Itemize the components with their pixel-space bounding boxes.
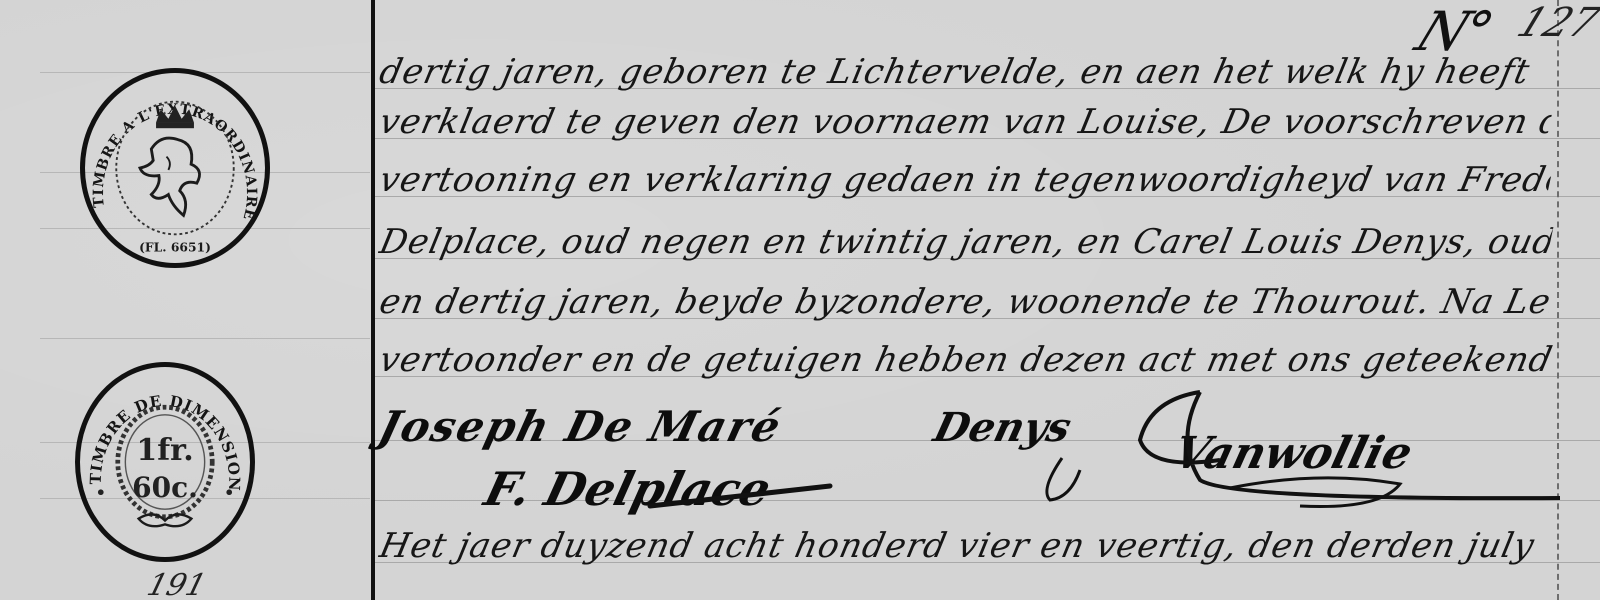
left-margin: TIMBRE A L'EXTRAORDINAIRE (FL. 6651) TIM… — [0, 0, 372, 600]
body-line: vertoonder en de getuigen hebben dezen a… — [376, 340, 1555, 380]
stamp-timbre-de-dimension: TIMBRE DE DIMENSION 1fr. 60c. — [75, 362, 255, 562]
signature-witness-denys: Denys — [929, 404, 1076, 451]
stamp-timbre-extraordinaire: TIMBRE A L'EXTRAORDINAIRE (FL. 6651) — [80, 68, 270, 268]
body-line: Delplace, oud negen en twintig jaren, en… — [376, 222, 1555, 262]
right-margin-rule — [1557, 0, 1559, 600]
body-line: vertooning en verklaring gedaen in tegen… — [376, 160, 1555, 200]
stamp-value-centimes: 60c. — [80, 471, 250, 504]
margin-rule — [371, 0, 375, 600]
signature-witness-delplace: F. Delplace — [479, 462, 776, 516]
svg-text:(FL. 6651): (FL. 6651) — [139, 239, 211, 254]
body-line: verklaerd te geven den voornaem van Loui… — [376, 102, 1555, 142]
body-line: en dertig jaren, beyde byzondere, woonen… — [376, 282, 1555, 322]
signature-declarant: Joseph De Maré — [374, 402, 787, 451]
stamp-value-francs: 1fr. — [80, 433, 250, 468]
body-line: dertig jaren, geboren te Lichtervelde, e… — [376, 52, 1555, 92]
next-record-line: Het jaer duyzend acht honderd vier en ve… — [376, 526, 1555, 566]
crowned-lion-emblem-icon: TIMBRE A L'EXTRAORDINAIRE (FL. 6651) — [85, 73, 265, 263]
page-number: 191 — [143, 568, 210, 600]
signature-registrar: Vanwollie — [1169, 428, 1418, 479]
record-number: 127 — [1511, 0, 1600, 46]
document-page: TIMBRE A L'EXTRAORDINAIRE (FL. 6651) TIM… — [0, 0, 1600, 600]
